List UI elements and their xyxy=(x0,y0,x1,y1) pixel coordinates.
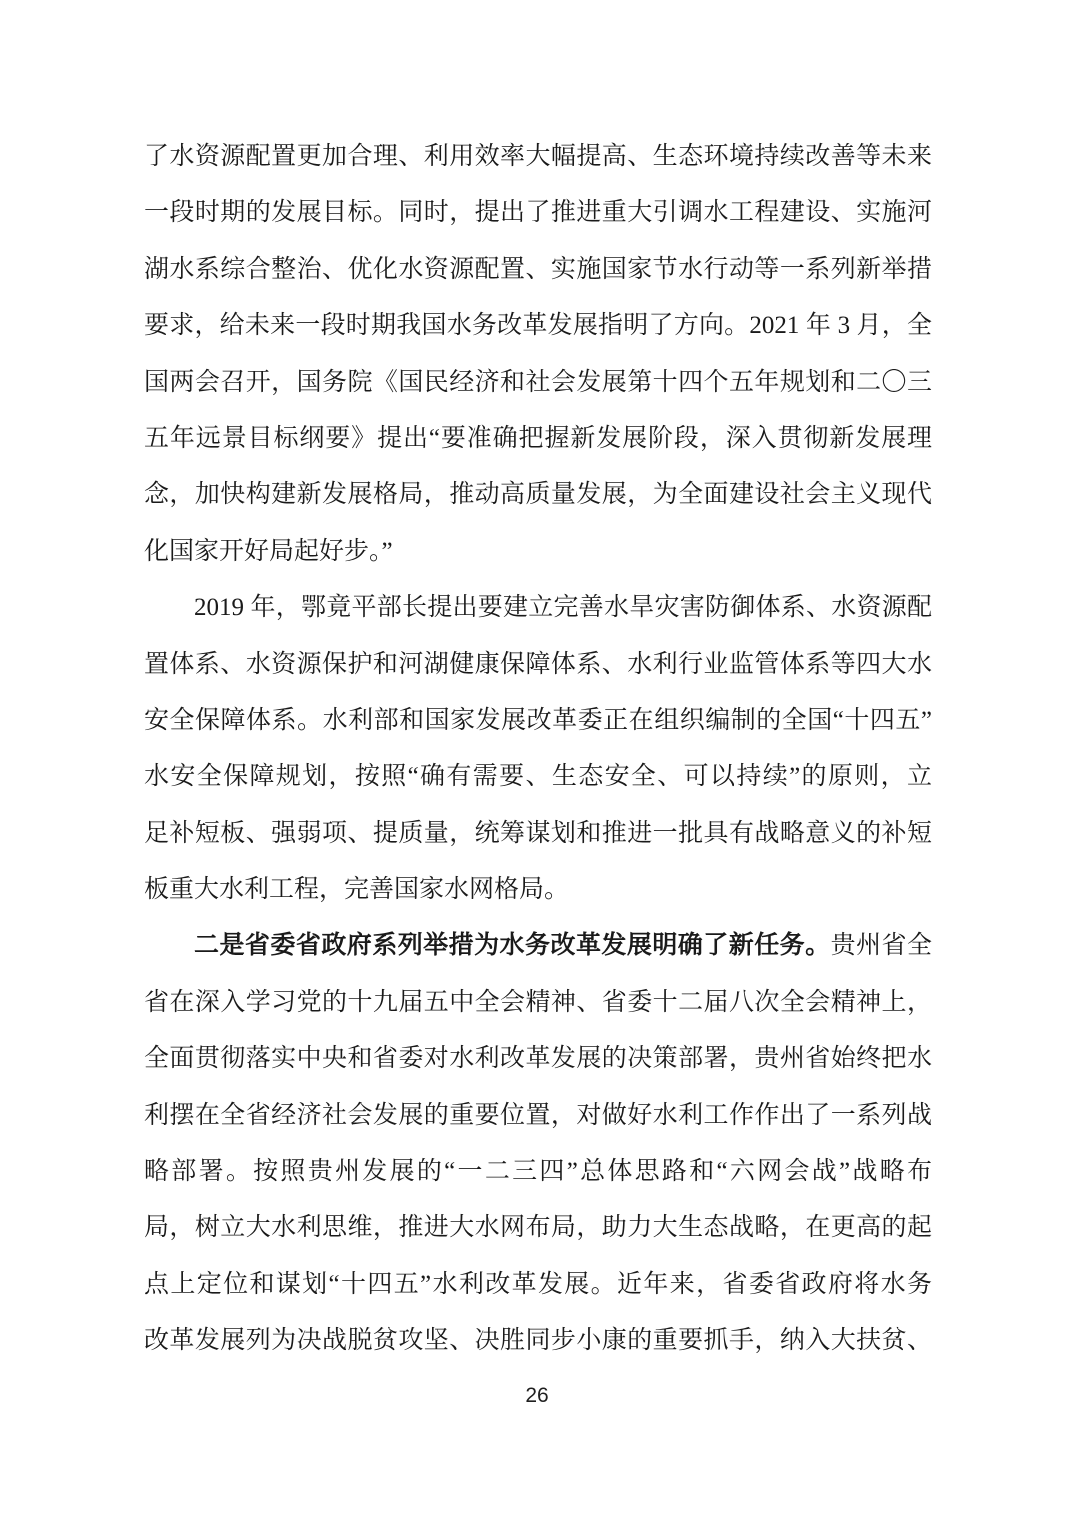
text-line: 一段时期的发展目标。同时，提出了推进重大引调水工程建设、实施河 xyxy=(144,185,932,241)
text-line: 足补短板、强弱项、提质量，统筹谋划和推进一批具有战略意义的补短 xyxy=(144,806,932,862)
document-body: 了水资源配置更加合理、利用效率大幅提高、生态环境持续改善等未来 一段时期的发展目… xyxy=(144,129,932,1370)
paragraph-bold-lead: 二是省委省政府系列举措为水务改革发展明确了新任务。 xyxy=(194,932,831,959)
text-line: 全面贯彻落实中央和省委对水利改革发展的决策部署，贵州省始终把水 xyxy=(144,1031,932,1087)
text-line: 省在深入学习党的十九届五中全会精神、省委十二届八次全会精神上， xyxy=(144,975,932,1031)
text-line: 板重大水利工程，完善国家水网格局。 xyxy=(144,862,932,918)
text-line: 湖水系综合整治、优化水资源配置、实施国家节水行动等一系列新举措 xyxy=(144,242,932,298)
text-line: 化国家开好局起好步。” xyxy=(144,524,932,580)
text-line: 念，加快构建新发展格局，推动高质量发展，为全面建设社会主义现代 xyxy=(144,467,932,523)
text-line: 略部署。按照贵州发展的“一二三四”总体思路和“六网会战”战略布 xyxy=(144,1144,932,1200)
text-line: 了水资源配置更加合理、利用效率大幅提高、生态环境持续改善等未来 xyxy=(144,129,932,185)
text-line: 要求，给未来一段时期我国水务改革发展指明了方向。2021 年 3 月，全 xyxy=(144,298,932,354)
text-line: 局，树立大水利思维，推进大水网布局，助力大生态战略，在更高的起 xyxy=(144,1200,932,1256)
text-line: 2019 年，鄂竟平部长提出要建立完善水旱灾害防御体系、水资源配 xyxy=(144,580,932,636)
text-line: 改革发展列为决战脱贫攻坚、决胜同步小康的重要抓手，纳入大扶贫、 xyxy=(144,1313,932,1369)
paragraph-3: 二是省委省政府系列举措为水务改革发展明确了新任务。贵州省全 省在深入学习党的十九… xyxy=(144,918,932,1369)
text-line: 五年远景目标纲要》提出“要准确把握新发展阶段，深入贯彻新发展理 xyxy=(144,411,932,467)
text-line: 置体系、水资源保护和河湖健康保障体系、水利行业监管体系等四大水 xyxy=(144,637,932,693)
page-number: 26 xyxy=(0,1382,1074,1410)
text-line: 二是省委省政府系列举措为水务改革发展明确了新任务。贵州省全 xyxy=(144,918,932,974)
paragraph-2: 2019 年，鄂竟平部长提出要建立完善水旱灾害防御体系、水资源配 置体系、水资源… xyxy=(144,580,932,918)
paragraph-lead-rest: 贵州省全 xyxy=(831,932,932,959)
paragraph-1: 了水资源配置更加合理、利用效率大幅提高、生态环境持续改善等未来 一段时期的发展目… xyxy=(144,129,932,580)
text-line: 国两会召开，国务院《国民经济和社会发展第十四个五年规划和二〇三 xyxy=(144,355,932,411)
text-line: 点上定位和谋划“十四五”水利改革发展。近年来，省委省政府将水务 xyxy=(144,1257,932,1313)
text-line: 水安全保障规划，按照“确有需要、生态安全、可以持续”的原则，立 xyxy=(144,749,932,805)
text-line: 安全保障体系。水利部和国家发展改革委正在组织编制的全国“十四五” xyxy=(144,693,932,749)
text-line: 利摆在全省经济社会发展的重要位置，对做好水利工作作出了一系列战 xyxy=(144,1088,932,1144)
document-page: 了水资源配置更加合理、利用效率大幅提高、生态环境持续改善等未来 一段时期的发展目… xyxy=(0,0,1074,1520)
